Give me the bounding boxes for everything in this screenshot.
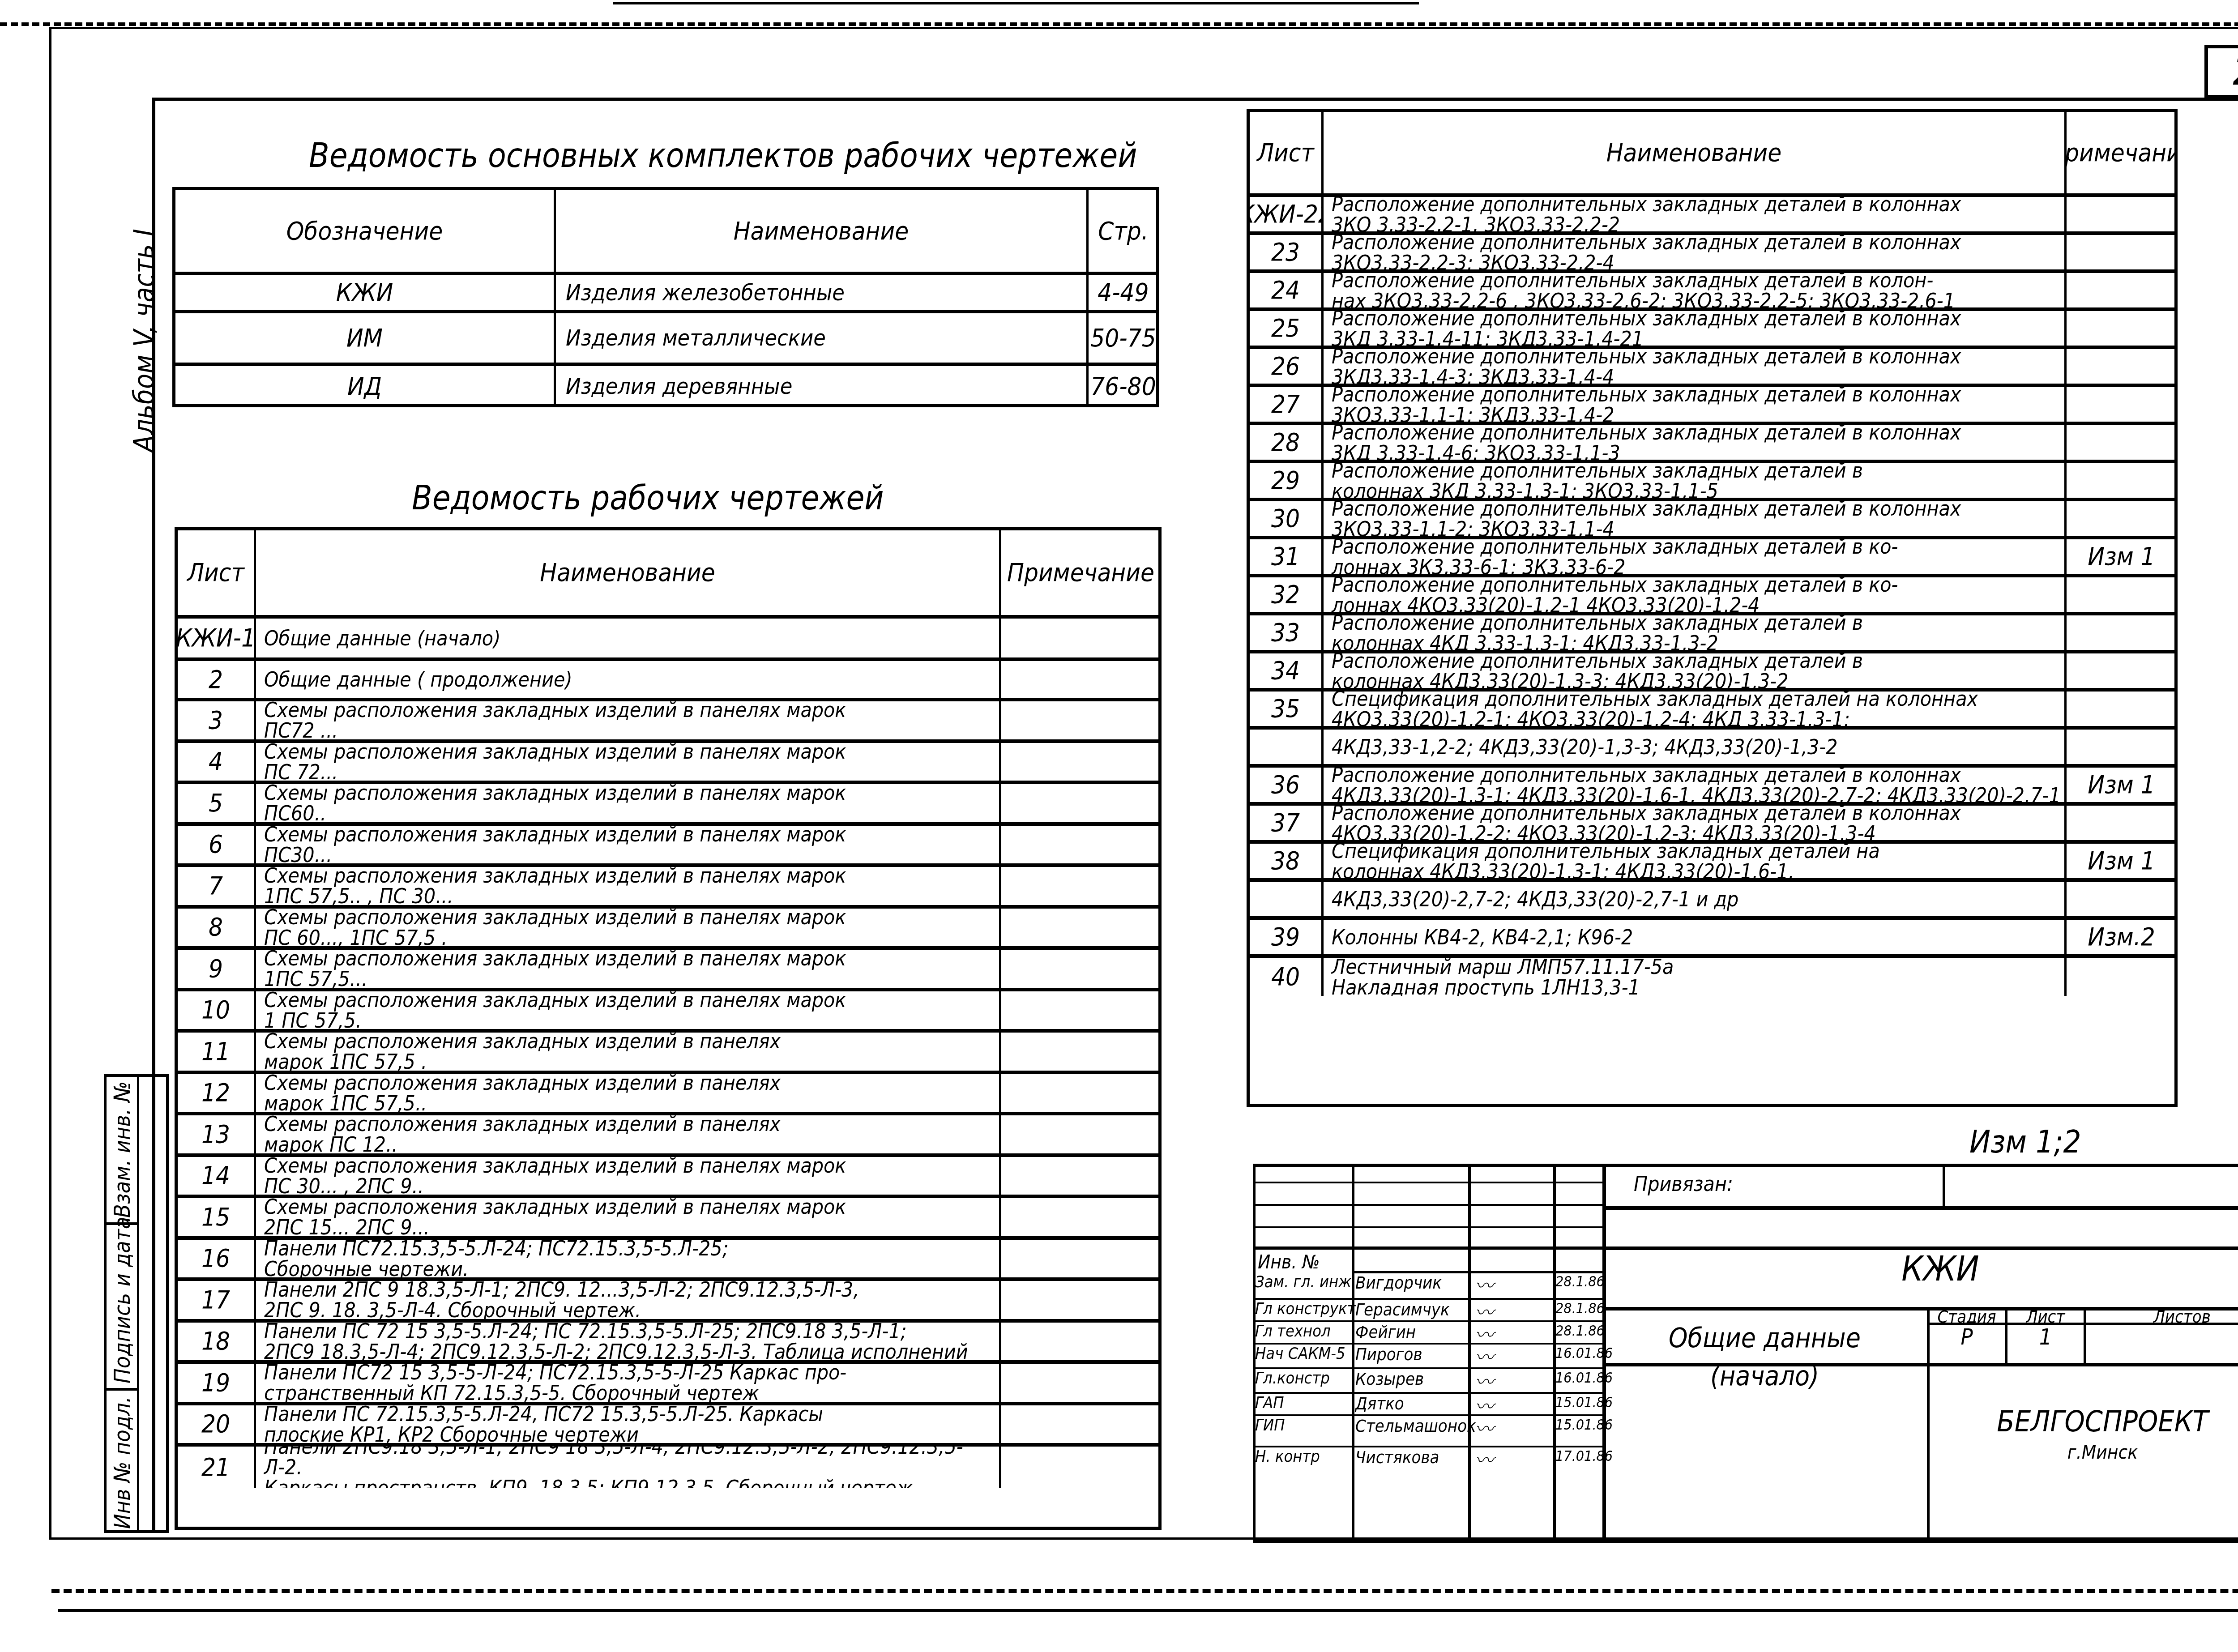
note-cell [999,1074,1160,1112]
table-row: КЖИ-1Общие данные (начало) [178,619,1158,661]
sheet-cell-text: КЖИ-22 [1250,200,1321,229]
sheet-cell: 30 [1250,501,1321,536]
album-label: Альбом V, часть I [128,229,160,452]
name-cell-text: Изделия железобетонные [556,281,845,304]
note-cell [999,1447,1160,1488]
sheet-cell-text: 6 [209,830,223,859]
drawings-list-title: Ведомость рабочих чертежей [412,479,884,517]
name-cell: Панели ПС 72.15.3,5-5.Л-24, ПС72 15.3,5-… [254,1405,999,1443]
name-cell-text: Панели ПС 72.15.3,5-5.Л-24, ПС72 15.3,5-… [256,1405,823,1443]
sheet-cell: 31 [1250,539,1321,574]
name-cell: Расположение дополнительных закладных де… [1321,235,2064,269]
sheet-cell: 29 [1250,463,1321,498]
note-cell [999,1115,1160,1153]
name-cell: Спецификация дополнительных закладных де… [1321,692,2064,726]
header-cell-text: Примечание [2064,138,2176,167]
name-cell-text: Расположение дополнительных закладных де… [1324,197,1961,231]
table-row: 29Расположение дополнительных закладных … [1250,463,2174,501]
name-cell-text: Схемы расположения закладных изделий в п… [256,867,846,905]
name-cell-text: Схемы расположения закладных изделий в п… [256,784,846,822]
sheet-cell: 4 [178,743,254,781]
sheet-title-line2: (начало) [1602,1361,1927,1392]
sheet-cell-text: 15 [201,1203,230,1232]
note-cell [2064,463,2176,498]
signature-mark: 〰 [1475,1446,1494,1473]
sheet-cell-text: 24 [1271,276,1300,305]
name-cell: Схемы расположения закладных изделий в п… [254,991,999,1029]
name-cell-text: Схемы расположения закладных изделий в п… [256,743,846,781]
name-cell: Общие данные ( продолжение) [254,661,999,698]
sheet-cell: 13 [178,1115,254,1153]
note-cell [999,743,1160,781]
signature-mark: 〰 [1475,1367,1494,1394]
table-row: 2Общие данные ( продолжение) [178,661,1158,701]
header-cell-text: Наименование [734,217,909,246]
pages-cell: 76-80 [1086,366,1158,406]
table-row: 23Расположение дополнительных закладных … [1250,235,2174,273]
signature-date: 15.01.86 [1555,1416,1613,1433]
sheet-cell-text: 19 [201,1368,230,1397]
name-cell: Расположение дополнительных закладных де… [1321,197,2064,231]
code-cell: ИД [175,366,554,406]
note-cell: Изм 1 [2064,539,2176,574]
name-cell-text: Расположение дополнительных закладных де… [1324,311,1961,346]
sheet-cell-text: 25 [1271,314,1300,343]
name-cell-text: Панели ПС72 15 3,5-5-Л-24; ПС72.15.3,5-5… [256,1364,846,1402]
name-cell: Схемы расположения закладных изделий в п… [254,743,999,781]
name-cell-text: Расположение дополнительных закладных де… [1324,615,1863,650]
sheet-cell: 17 [178,1281,254,1319]
sheet-cell-text: 2 [209,665,223,694]
table-row: 19Панели ПС72 15 3,5-5-Л-24; ПС72.15.3,5… [178,1364,1158,1405]
sheet-cell-text: 28 [1271,428,1300,457]
table-row: 37Расположение дополнительных закладных … [1250,806,2174,844]
name-cell: Расположение дополнительных закладных де… [1321,349,2064,384]
bound-label: Привязан: [1634,1172,1733,1196]
table-row: 15Схемы расположения закладных изделий в… [178,1198,1158,1240]
name-cell: Расположение дополнительных закладных де… [1321,425,2064,460]
name-cell: Схемы расположения закладных изделий в п… [254,1198,999,1236]
header-cell: Наименование [554,190,1086,272]
note-cell [999,701,1160,739]
sheet-cell: 39 [1250,920,1321,954]
table-row: 35Спецификация дополнительных закладных … [1250,692,2174,730]
name-cell: Расположение дополнительных закладных де… [1321,768,2064,802]
name-cell: Схемы расположения закладных изделий в п… [254,867,999,905]
name-cell-text: Изделия металлические [556,326,826,350]
sheet-cell: 15 [178,1198,254,1236]
name-cell-text: Панели ПС72.15.3,5-5.Л-24; ПС72.15.3,5-5… [256,1240,729,1278]
note-cell [2064,235,2176,269]
note-cell [2064,425,2176,460]
name-cell: Схемы расположения закладных изделий в п… [254,1115,999,1153]
torn-edge-top [0,22,2238,26]
table-header-row: ЛистНаименованиеПримечание [178,530,1158,619]
signature-role: Зам. гл. инж. [1255,1273,1356,1291]
sheet-cell: 5 [178,784,254,822]
sheet-cell: 16 [178,1240,254,1278]
note-cell [999,1323,1160,1361]
name-cell-text: Панели 2ПС9.18 3,5-Л-1; 2ПС9 18 3,5-Л-4,… [256,1447,999,1488]
name-cell-text: Изделия деревянные [556,375,792,398]
name-cell: Панели ПС72 15 3,5-5-Л-24; ПС72.15.3,5-5… [254,1364,999,1402]
sheet-cell-text: 30 [1271,504,1300,533]
title-block-rule [1602,1206,2238,1210]
sheet-cell-text: 4 [209,747,223,776]
table-row: 14Схемы расположения закладных изделий в… [178,1157,1158,1199]
table-row: 24Расположение дополнительных закладных … [1250,273,2174,311]
signature-mark: 〰 [1475,1414,1494,1441]
name-cell: Расположение дополнительных закладных де… [1321,806,2064,840]
header-cell-text: Стр. [1098,217,1149,246]
note-cell [999,661,1160,698]
sheet-cell: 23 [1250,235,1321,269]
sheet-cell-text: 29 [1271,466,1300,495]
name-cell-text: Схемы расположения закладных изделий в п… [256,1157,846,1195]
note-cell [999,1364,1160,1402]
name-cell-text: Панели ПС 72 15 3,5-5.Л-24; ПС 72.15.3,5… [256,1323,968,1361]
name-cell: 4КД3,33(20)-2,7-2; 4КД3,33(20)-2,7-1 и д… [1321,882,2064,916]
signature-name: Пирогов [1355,1345,1422,1364]
table-row: 20Панели ПС 72.15.3,5-5.Л-24, ПС72 15.3,… [178,1405,1158,1447]
signature-name: Чистякова [1355,1447,1439,1467]
table-row: 4КД3,33(20)-2,7-2; 4КД3,33(20)-2,7-1 и д… [1250,882,2174,920]
title-block-rule [1253,1392,1602,1394]
title-block-rule [1253,1540,2238,1543]
table-row: КЖИ-22Расположение дополнительных заклад… [1250,197,2174,235]
stamp-replaced-inv-label: Взам. инв. № [109,1081,135,1218]
name-cell: 4КД3,33-1,2-2; 4КД3,33(20)-1,3-3; 4КД3,3… [1321,730,2064,764]
table-row: ИМИзделия металлические50-75 [175,313,1156,366]
header-cell-text: Наименование [1606,138,1782,167]
sheet-cell [1250,882,1321,916]
sheet-cell: 38 [1250,844,1321,878]
stage-value: Р [1928,1324,2005,1350]
name-cell-text: Лестничный марш ЛМП57.11.17-5а Накладная… [1324,958,1674,996]
sheet-title-line1: Общие данные [1602,1323,1927,1354]
sheet-cell-text: 8 [209,913,223,942]
name-cell: Панели ПС72.15.3,5-5.Л-24; ПС72.15.3,5-5… [254,1240,999,1278]
sheet-cell-text: 10 [201,995,230,1024]
name-cell-text: Спецификация дополнительных закладных де… [1324,692,1978,726]
table-header-row: ОбозначениеНаименованиеСтр. [175,190,1156,275]
note-cell: Изм 1 [2064,844,2176,878]
name-cell-text: Спецификация дополнительных закладных де… [1324,844,1880,878]
signature-name: Герасимчук [1355,1300,1450,1319]
sheet-cell-text: 13 [201,1120,230,1149]
name-cell: Панели 2ПС 9 18.3,5-Л-1; 2ПС9. 12...3,5-… [254,1281,999,1319]
code-cell: ИМ [175,313,554,363]
sheet-cell-text: 18 [201,1327,230,1356]
note-cell [999,867,1160,905]
name-cell-text: Схемы расположения закладных изделий в п… [256,950,846,988]
sheet-cell: 35 [1250,692,1321,726]
title-block-rule [1943,1164,1945,1206]
organization-city: г.Минск [1927,1441,2238,1463]
sheet-cell: 19 [178,1364,254,1402]
name-cell: Схемы расположения закладных изделий в п… [254,784,999,822]
name-cell: Общие данные (начало) [254,619,999,657]
header-cell-text: Примечание [1007,558,1154,587]
name-cell-text: Расположение дополнительных закладных де… [1324,653,1863,688]
name-cell-text: Схемы расположения закладных изделий в п… [256,1033,781,1071]
note-cell-text: Изм 1 [2088,770,2155,799]
table-row: 28Расположение дополнительных закладных … [1250,425,2174,463]
main-sets-title: Ведомость основных комплектов рабочих че… [309,137,1137,175]
sheet-cell-text: 36 [1271,770,1300,799]
sheet-cell-text: 38 [1271,846,1300,875]
name-cell: Лестничный марш ЛМП57.11.17-5а Накладная… [1321,958,2064,996]
table-row: 4КД3,33-1,2-2; 4КД3,33(20)-1,3-3; 4КД3,3… [1250,730,2174,768]
drawings-table-right: ЛистНаименованиеПримечаниеКЖИ-22Располож… [1247,109,2178,1107]
name-cell: Расположение дополнительных закладных де… [1321,387,2064,422]
sheet-cell: 36 [1250,768,1321,802]
note-cell [2064,692,2176,726]
signature-name: Козырев [1355,1369,1424,1389]
note-cell [999,909,1160,947]
margin-stamp: Взам. инв. № Подпись и дата Инв № подл. [104,1074,169,1533]
note-cell [2064,730,2176,764]
header-cell: Стр. [1086,190,1158,272]
signature-name: Фейгин [1355,1322,1416,1342]
sheet-cell: 3 [178,701,254,739]
sheet-cell: 25 [1250,311,1321,346]
sheet-cell-text: 27 [1271,390,1300,419]
table-row: 32Расположение дополнительных закладных … [1250,577,2174,615]
table-row: 17Панели 2ПС 9 18.3,5-Л-1; 2ПС9. 12...3,… [178,1281,1158,1323]
name-cell: Расположение дополнительных закладных де… [1321,653,2064,688]
sheet-cell: 37 [1250,806,1321,840]
sheet-cell: 20 [178,1405,254,1443]
table-row: 7Схемы расположения закладных изделий в … [178,867,1158,909]
name-cell-text: Расположение дополнительных закладных де… [1324,273,1955,307]
table-row: 27Расположение дополнительных закладных … [1250,387,2174,425]
name-cell-text: Схемы расположения закладных изделий в п… [256,826,846,864]
sheet-number: 2 [2204,45,2238,98]
sheet-cell-text: 20 [201,1409,230,1439]
name-cell-text: Расположение дополнительных закладных де… [1324,806,1961,840]
name-cell: Расположение дополнительных закладных де… [1321,311,2064,346]
header-cell-text: Наименование [540,558,715,587]
name-cell: Расположение дополнительных закладных де… [1321,273,2064,307]
name-cell: Схемы расположения закладных изделий в п… [254,1074,999,1112]
table-header-row: ЛистНаименованиеПримечание [1250,112,2174,197]
header-cell: Лист [1250,112,1321,193]
name-cell: Расположение дополнительных закладных де… [1321,539,2064,574]
sheet-cell-text: 23 [1271,238,1300,267]
pages-cell-text: 50-75 [1090,324,1156,353]
signature-date: 15.01.86 [1555,1394,1613,1411]
stamp-signature-date-label: Подпись и дата [109,1217,135,1383]
table-row: 12Схемы расположения закладных изделий в… [178,1074,1158,1116]
sheet-cell: 18 [178,1323,254,1361]
pages-cell-text: 76-80 [1090,372,1156,401]
sheet-cell-text: 21 [201,1453,230,1482]
sheet-cell-text: 26 [1271,352,1300,381]
sheet-cell: 24 [1250,273,1321,307]
note-cell [2064,806,2176,840]
sheet-cell-text: 31 [1271,542,1300,571]
name-cell: Расположение дополнительных закладных де… [1321,463,2064,498]
note-cell [2064,387,2176,422]
header-cell: Наименование [254,530,999,615]
sheets-label: Листов [2086,1307,2238,1327]
header-cell: Примечание [999,530,1160,615]
name-cell-text: Схемы расположения закладных изделий в п… [256,1074,781,1112]
sheet-cell-text: 34 [1271,656,1300,685]
table-row: 34Расположение дополнительных закладных … [1250,653,2174,692]
name-cell-text: Расположение дополнительных закладных де… [1324,539,1898,574]
header-cell-text: Лист [187,558,244,587]
sheet-cell: 32 [1250,577,1321,612]
sheet-cell: 27 [1250,387,1321,422]
signature-date: 28.1.86 [1555,1322,1605,1339]
sheet-cell-text: 37 [1271,808,1300,837]
note-cell: Изм.2 [2064,920,2176,954]
pages-cell: 4-49 [1086,275,1158,310]
title-block-rule [1253,1182,1602,1183]
main-sets-table: ОбозначениеНаименованиеСтр.КЖИИзделия же… [172,187,1159,407]
sheet-cell: 28 [1250,425,1321,460]
revision-note: Изм 1;2 [1969,1123,2081,1160]
name-cell: Спецификация дополнительных закладных де… [1321,844,2064,878]
note-cell [999,1405,1160,1443]
sheet-cell-text: 11 [201,1037,230,1066]
code-cell-text: КЖИ [336,278,393,307]
sheet-cell-text: 7 [209,871,223,901]
note-cell [2064,882,2176,916]
signature-mark: 〰 [1475,1343,1494,1370]
sheet-cell: 7 [178,867,254,905]
signature-role: Гл.констр [1255,1369,1330,1387]
table-row: 21Панели 2ПС9.18 3,5-Л-1; 2ПС9 18 3,5-Л-… [178,1447,1158,1488]
note-cell [999,619,1160,657]
signature-name: Вигдорчик [1355,1273,1442,1293]
name-cell-text: Общие данные ( продолжение) [256,669,572,690]
sheet-cell-text: 39 [1271,922,1300,952]
note-cell [2064,615,2176,650]
signature-name: Стельмашонок [1355,1416,1476,1436]
margin-stamp-divider [137,1077,139,1530]
sheet-cell: 14 [178,1157,254,1195]
note-cell [999,1033,1160,1071]
sheet-cell-text: 16 [201,1244,230,1273]
table-row: 38Спецификация дополнительных закладных … [1250,844,2174,882]
note-cell [2064,577,2176,612]
name-cell: Изделия металлические [554,313,1086,363]
name-cell: Схемы расположения закладных изделий в п… [254,909,999,947]
name-cell-text: Панели 2ПС 9 18.3,5-Л-1; 2ПС9. 12...3,5-… [256,1281,859,1319]
sheet-cell: КЖИ-22 [1250,197,1321,231]
name-cell: Расположение дополнительных закладных де… [1321,615,2064,650]
sheet-cell-text: 35 [1271,694,1300,723]
note-cell [2064,958,2176,996]
signature-date: 17.01.86 [1555,1447,1613,1464]
name-cell-text: Схемы расположения закладных изделий в п… [256,1198,846,1236]
name-cell: Расположение дополнительных закладных де… [1321,577,2064,612]
code-cell-text: ИД [347,372,382,401]
sheet-cell-text: КЖИ-1 [178,623,254,653]
table-row: 8Схемы расположения закладных изделий в … [178,909,1158,950]
sheet-cell-text: 40 [1271,962,1300,991]
sheet-cell: 34 [1250,653,1321,688]
signature-name: Дятко [1355,1394,1404,1413]
scan-edge-line [613,2,1419,4]
table-row: 16Панели ПС72.15.3,5-5.Л-24; ПС72.15.3,5… [178,1240,1158,1281]
name-cell-text: Схемы расположения закладных изделий в п… [256,909,846,947]
title-block-rule [1468,1164,1471,1540]
table-row: 5Схемы расположения закладных изделий в … [178,784,1158,826]
sheet-cell-text: 33 [1271,618,1300,647]
signature-role: Гл технол [1255,1322,1331,1340]
table-row: 18Панели ПС 72 15 3,5-5.Л-24; ПС 72.15.3… [178,1323,1158,1364]
torn-edge-bottom [51,1589,2238,1593]
table-row: 40Лестничный марш ЛМП57.11.17-5а Накладн… [1250,958,2174,996]
name-cell: Панели ПС 72 15 3,5-5.Л-24; ПС 72.15.3,5… [254,1323,999,1361]
title-block-rule [1253,1226,1602,1228]
header-cell: Наименование [1321,112,2064,193]
signature-role: ГАП [1255,1394,1284,1412]
name-cell-text: Расположение дополнительных закладных де… [1324,768,2061,802]
sheet-cell-text: 5 [209,789,223,818]
name-cell-text: Схемы расположения закладных изделий в п… [256,1115,781,1153]
note-cell [2064,311,2176,346]
sheet-cell [1250,730,1321,764]
signature-date: 28.1.86 [1555,1300,1605,1317]
sheet-cell: КЖИ-1 [178,619,254,657]
note-cell [999,826,1160,864]
note-cell [999,1240,1160,1278]
sheet-cell: 6 [178,826,254,864]
name-cell-text: Схемы расположения закладных изделий в п… [256,991,846,1029]
name-cell-text: Расположение дополнительных закладных де… [1324,501,1961,536]
name-cell-text: Общие данные (начало) [256,628,500,649]
note-cell [2064,653,2176,688]
sheet-cell: 26 [1250,349,1321,384]
note-cell [999,1198,1160,1236]
name-cell-text: Расположение дополнительных закладных де… [1324,387,1961,422]
note-cell [999,950,1160,988]
sheet-cell-text: 32 [1271,580,1300,609]
table-row: 6Схемы расположения закладных изделий в … [178,826,1158,867]
sheet-cell-text: 17 [201,1285,230,1315]
name-cell: Колонны КВ4-2, КВ4-2,1; К96-2 [1321,920,2064,954]
header-cell-text: Лист [1257,138,1314,167]
sheet-value: 1 [2007,1324,2084,1350]
sheet-cell-text: 9 [209,954,223,983]
sheet-cell: 8 [178,909,254,947]
header-cell: Лист [178,530,254,615]
name-cell-text: Расположение дополнительных закладных де… [1324,577,1898,612]
title-block-rule [1253,1164,2238,1167]
name-cell: Расположение дополнительных закладных де… [1321,501,2064,536]
sheet-cell: 21 [178,1447,254,1488]
stamp-original-inv-label: Инв № подл. [109,1396,135,1529]
table-row: 30Расположение дополнительных закладных … [1250,501,2174,539]
name-cell-text: Расположение дополнительных закладных де… [1324,425,1961,460]
name-cell-text: Расположение дополнительных закладных де… [1324,349,1961,384]
sheet-cell: 12 [178,1074,254,1112]
name-cell-text: Схемы расположения закладных изделий в п… [256,701,846,739]
note-cell: Изм 1 [2064,768,2176,802]
note-cell-text: Изм 1 [2088,846,2155,875]
organization-name: БЕЛГОСПРОЕКТ [1927,1405,2238,1439]
header-cell: Примечание [2064,112,2176,193]
table-row: 13Схемы расположения закладных изделий в… [178,1115,1158,1157]
table-row: 3Схемы расположения закладных изделий в … [178,701,1158,743]
name-cell: Схемы расположения закладных изделий в п… [254,1157,999,1195]
scan-edge-line-bottom [58,1609,2238,1612]
